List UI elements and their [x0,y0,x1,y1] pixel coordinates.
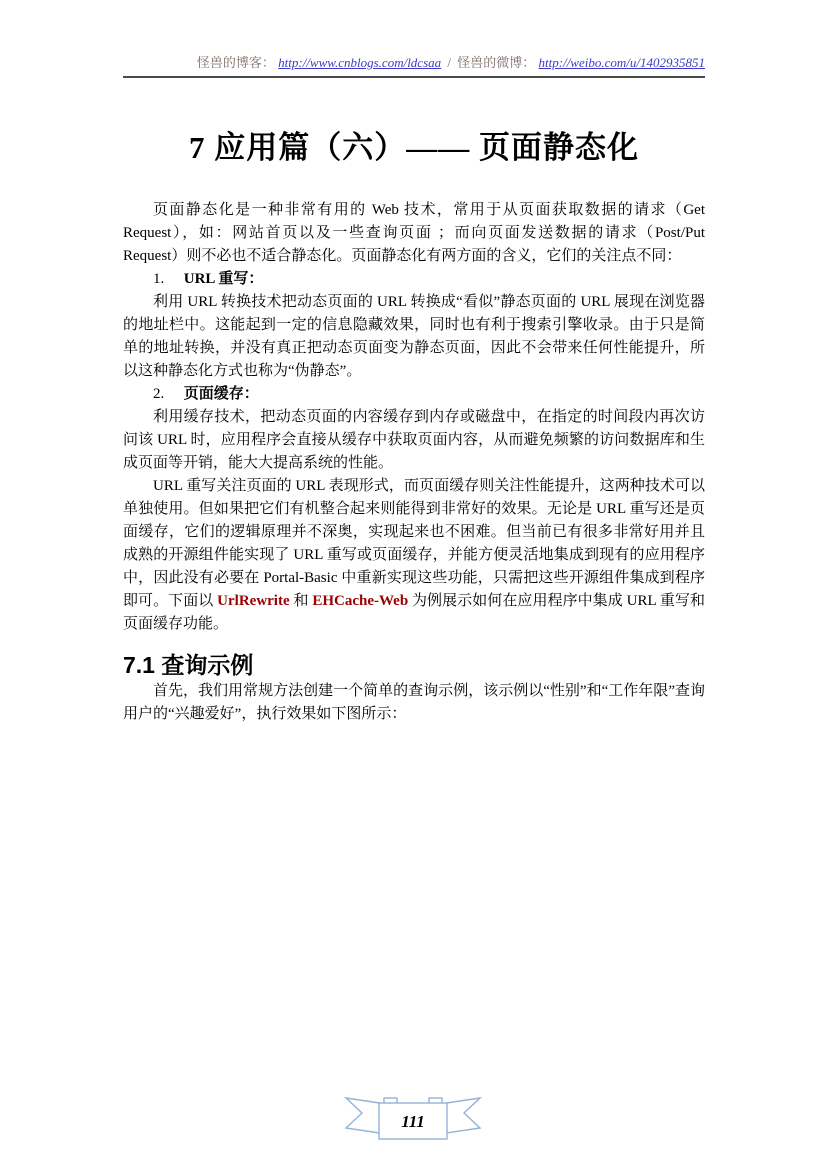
list-item-2-term: 页面缓存： [184,386,259,402]
list-item-2-number: 2. [153,386,164,402]
weibo-link[interactable]: http://weibo.com/u/1402935851 [539,55,705,70]
page-footer: 111 [343,1094,483,1146]
header-separator: / [447,55,451,70]
weibo-label: 怪兽的微博： [457,55,535,70]
document-page: 怪兽的博客： http://www.cnblogs.com/ldcsaa / 怪… [0,0,827,1169]
section-heading: 7.1 查询示例 [123,650,705,680]
page-number-banner: 111 [343,1094,483,1146]
component-name-ehcache-web: EHCache-Web [312,593,408,609]
page-number: 111 [401,1112,425,1131]
intro-paragraph: 页面静态化是一种非常有用的 Web 技术，常用于从页面获取数据的请求（Get R… [123,199,705,268]
blog-label: 怪兽的博客： [197,55,275,70]
blog-link[interactable]: http://www.cnblogs.com/ldcsaa [278,55,441,70]
list-item-2-heading: 2.页面缓存： [123,383,705,406]
list-item-2-body: 利用缓存技术，把动态页面的内容缓存到内存或磁盘中，在指定的时间段内再次访问该 U… [123,406,705,475]
page-header: 怪兽的博客： http://www.cnblogs.com/ldcsaa / 怪… [123,54,705,78]
list-item-1-term: URL 重写： [184,271,264,287]
chapter-title: 7 应用篇（六）—— 页面静态化 [123,126,705,170]
summary-paragraph: URL 重写关注页面的 URL 表现形式，而页面缓存则关注性能提升，这两种技术可… [123,475,705,636]
component-name-urlrewrite: UrlRewrite [217,593,289,609]
content-body: 页面静态化是一种非常有用的 Web 技术，常用于从页面获取数据的请求（Get R… [123,199,705,726]
list-item-1-heading: 1.URL 重写： [123,268,705,291]
summary-conjunction: 和 [290,593,313,609]
summary-text-1: URL 重写关注页面的 URL 表现形式，而页面缓存则关注性能提升，这两种技术可… [123,478,705,609]
section-intro-paragraph: 首先，我们用常规方法创建一个简单的查询示例，该示例以“性别”和“工作年限”查询用… [123,680,705,726]
list-item-1-number: 1. [153,271,164,287]
list-item-1-body: 利用 URL 转换技术把动态页面的 URL 转换成“看似”静态页面的 URL 展… [123,291,705,383]
